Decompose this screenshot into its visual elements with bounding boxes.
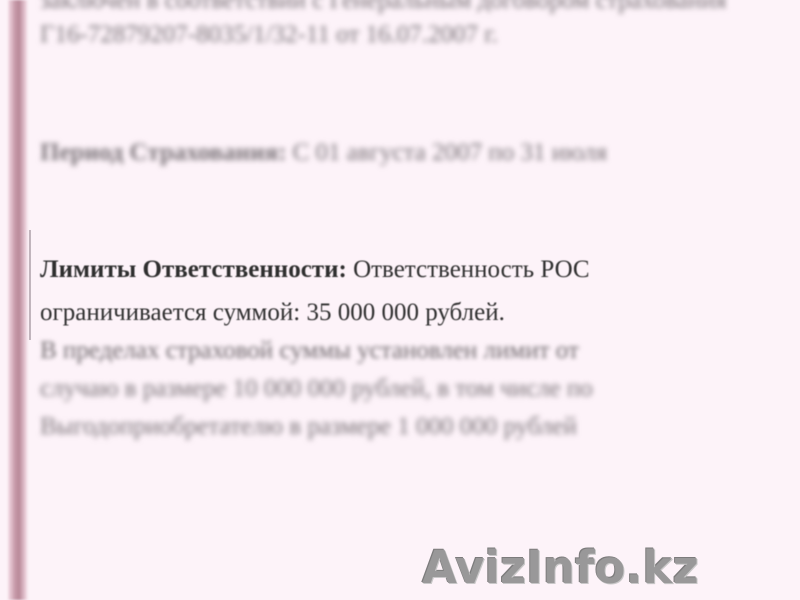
document-line-limit-description: В пределах страховой суммы установлен ли… — [40, 336, 579, 366]
document-line-liability-limits: Лимиты Ответственности: Ответственность … — [40, 255, 590, 285]
liability-limits-label: Лимиты Ответственности: — [40, 256, 347, 283]
insurance-period-value: С 01 августа 2007 по 31 июля — [286, 139, 607, 166]
line-text: случаю в размере 10 000 000 рублей, в то… — [40, 375, 593, 402]
line-text: В пределах страховой суммы установлен ли… — [40, 337, 579, 364]
line-text: Г16-72879207-8035/1/32-11 от 16.07.2007 … — [40, 21, 498, 48]
document-line-beneficiary-limit: Выгодоприобретателю в размере 1 000 000 … — [40, 412, 577, 442]
page-edge-shadow — [8, 0, 28, 600]
margin-line — [29, 230, 31, 340]
document-line-insurance-period: Период Страхования: С 01 августа 2007 по… — [40, 138, 607, 168]
line-text: ограничивается суммой: 35 000 000 рублей… — [40, 299, 505, 326]
document-line-contract-ref: заключен в соответствии с Генеральным до… — [40, 0, 726, 16]
line-text: Выгодоприобретателю в размере 1 000 000 … — [40, 413, 577, 440]
document-photo: заключен в соответствии с Генеральным до… — [0, 0, 800, 600]
document-line-sum-limit: ограничивается суммой: 35 000 000 рублей… — [40, 298, 505, 328]
liability-limits-value: Ответственность РОС — [347, 256, 590, 283]
watermark-logo: AvizInfo.kz — [422, 543, 699, 593]
document-line-per-case-limit: случаю в размере 10 000 000 рублей, в то… — [40, 374, 593, 404]
insurance-period-label: Период Страхования: — [40, 139, 286, 166]
line-text: заключен в соответствии с Генеральным до… — [40, 0, 726, 14]
document-line-contract-number: Г16-72879207-8035/1/32-11 от 16.07.2007 … — [40, 20, 498, 50]
